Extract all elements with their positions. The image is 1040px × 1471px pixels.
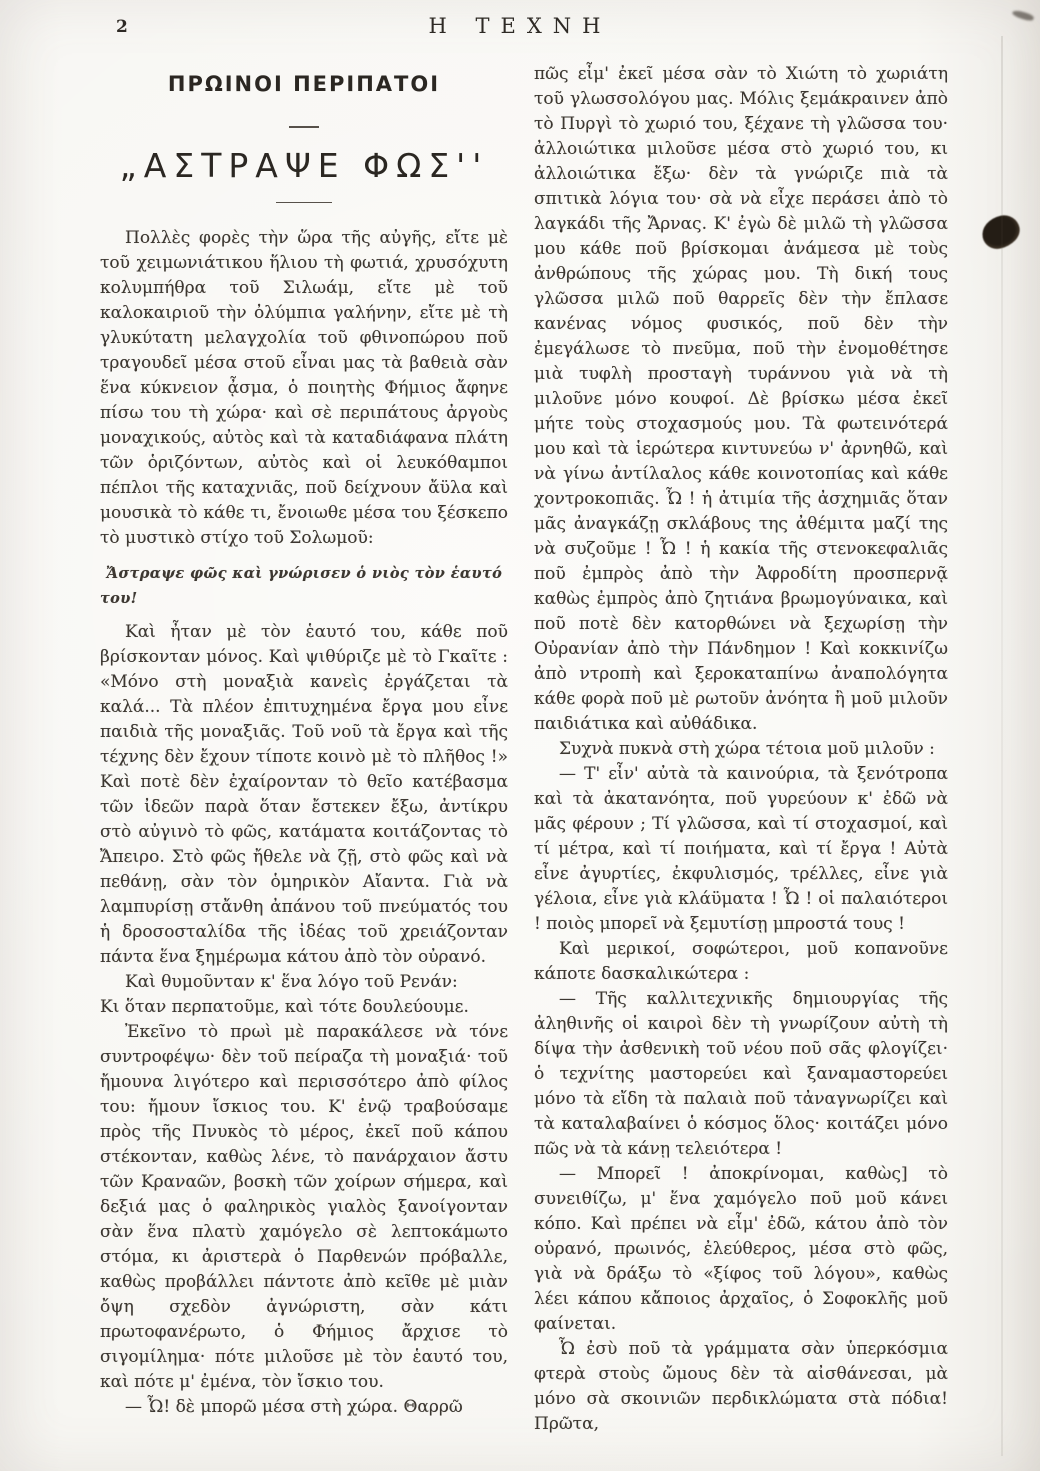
- journal-title: Η ΤΕΧΝΗ: [0, 14, 1040, 38]
- paragraph: Καὶ μερικοί, σοφώτεροι, μοῦ κοπανοῦνε κά…: [534, 937, 948, 987]
- paragraph: πῶς εἶμ' ἐκεῖ μέσα σὰν τὸ Χιώτη τὸ χωριά…: [534, 62, 948, 737]
- dialogue-paragraph: — Τῆς καλλιτεχνικῆς δημιουργίας τῆς ἀληθ…: [534, 987, 948, 1162]
- left-column-body: Πολλὲς φορὲς τὴν ὥρα τῆς αὐγῆς, εἴτε μὲ …: [100, 226, 508, 1420]
- paragraph: Ἐκεῖνο τὸ πρωὶ μὲ παρακάλεσε νὰ τόνε συν…: [100, 1020, 508, 1395]
- verse-quote: Ἄστραψε φῶς καὶ γνώρισεν ὁ νιὸς τὸν ἑαυτ…: [100, 561, 508, 611]
- paragraph: Καὶ ἦταν μὲ τὸν ἑαυτό του, κάθε ποῦ βρίσ…: [100, 620, 508, 970]
- divider-rule-bottom: [276, 202, 332, 203]
- dialogue-paragraph: — Τ' εἶν' αὐτὰ τὰ καινούρια, τὰ ξενότροπ…: [534, 762, 948, 937]
- paragraph: Πολλὲς φορὲς τὴν ὥρα τῆς αὐγῆς, εἴτε μὲ …: [100, 226, 508, 551]
- paragraph: Ὦ ἐσὺ ποῦ τὰ γράμματα σὰν ὑπερκόσμια φτε…: [534, 1337, 948, 1437]
- scanned-magazine-page: 2 Η ΤΕΧΝΗ ΠΡΩΙΝΟΙ ΠΕΡΙΠΑΤΟΙ „ΑΣΤΡΑΨΕ ΦΩΣ…: [0, 0, 1040, 1471]
- dialogue-paragraph: — Ὦ! δὲ μπορῶ μέσα στὴ χώρα. Θαρρῶ: [100, 1395, 508, 1420]
- article-title: „ΑΣΤΡΑΨΕ ΦΩΣ'': [100, 153, 508, 178]
- paragraph: Συχνὰ πυκνὰ στὴ χώρα τέτοια μοῦ μιλοῦν :: [534, 737, 948, 762]
- section-heading: ΠΡΩΙΝΟΙ ΠΕΡΙΠΑΤΟΙ: [100, 72, 508, 97]
- dialogue-paragraph: — Μπορεῖ ! ἀποκρίνομαι, καθὼς] τὸ συνειθ…: [534, 1162, 948, 1337]
- paragraph: Καὶ θυμοῦνταν κ' ἕνα λόγο τοῦ Ρενάν:: [100, 970, 508, 995]
- right-column: πῶς εἶμ' ἐκεῖ μέσα σὰν τὸ Χιώτη τὸ χωριά…: [534, 62, 948, 1437]
- ink-blot-stain: [979, 212, 1023, 251]
- page-header: 2 Η ΤΕΧΝΗ: [0, 14, 1040, 44]
- page-edge-shadow: [1001, 36, 1003, 1456]
- quoted-saying: Κι ὅταν περπατοῦμε, καὶ τότε δουλεύουμε.: [100, 995, 508, 1020]
- divider-rule-top: [289, 126, 319, 128]
- left-column: ΠΡΩΙΝΟΙ ΠΕΡΙΠΑΤΟΙ „ΑΣΤΡΑΨΕ ΦΩΣ'' Πολλὲς …: [100, 60, 508, 1420]
